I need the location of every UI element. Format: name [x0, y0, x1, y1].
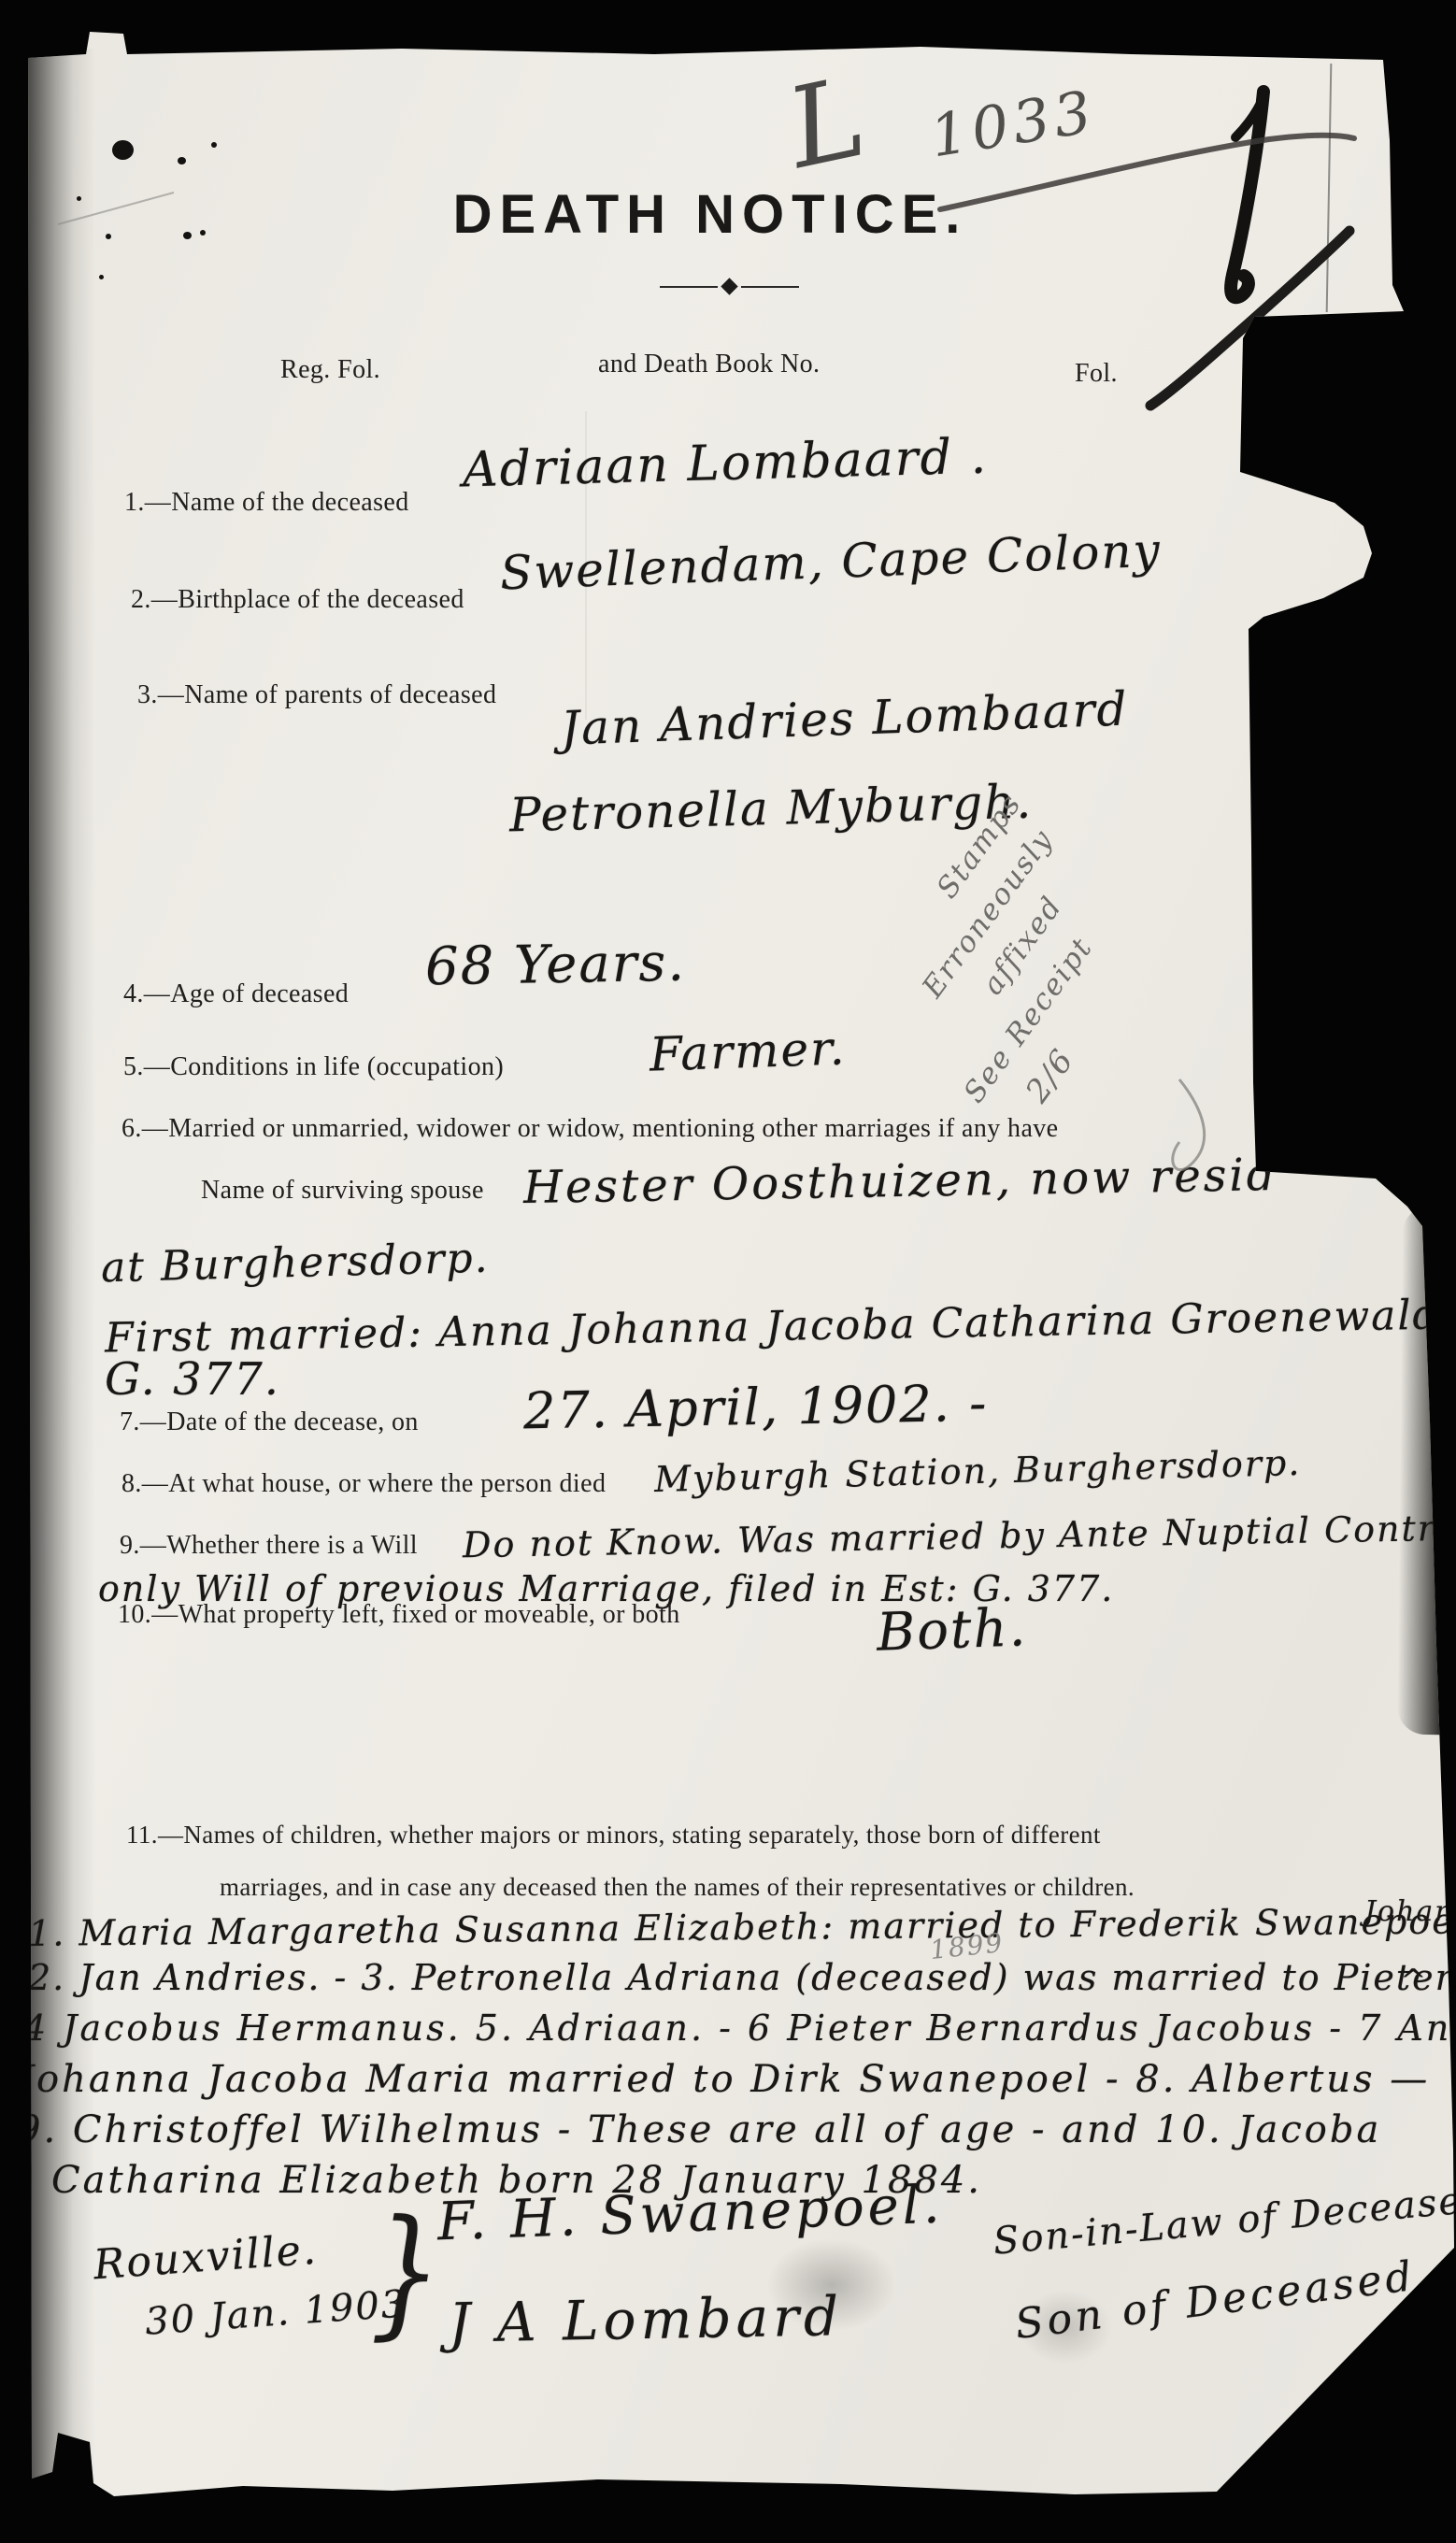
paper-sheet: L 1033 DEATH NOTICE. Reg. Fol. and Death… [0, 0, 1456, 2543]
ink-speck [178, 157, 186, 164]
scratch-mark [58, 193, 174, 224]
page-title: DEATH NOTICE. [402, 183, 1019, 246]
spouse-residence-line: at Burghersdorp. [100, 1235, 490, 1293]
children-line-3: 4 Jacobus Hermanus. 5. Adriaan. - 6 Piet… [23, 2007, 1456, 2049]
footer-brace: } [370, 2192, 443, 2354]
ink-speck [99, 275, 104, 279]
footer-date: 30 Jan. 1903 [144, 2282, 408, 2343]
curled-edge-shadow [1397, 1206, 1446, 1735]
field-death-place-value: Myburgh Station, Burghersdorp. [654, 1442, 1302, 1500]
divider-diamond-icon [721, 278, 737, 294]
divider-line [660, 286, 718, 288]
children-caret-mark: ^ [1400, 1963, 1429, 2000]
field-property-label: 10.—What property left, fixed or moveabl… [118, 1600, 680, 1630]
surviving-spouse-label: Name of surviving spouse [201, 1176, 484, 1206]
field-parents-label: 3.—Name of parents of deceased [137, 680, 496, 710]
field-birthplace-value: Swellendam, Cape Colony [499, 523, 1162, 601]
field-parents-value-2: Petronella Myburgh. [508, 775, 1034, 843]
fol-label: Fol. [1075, 359, 1118, 389]
role-son: Son of Deceased [1012, 2252, 1418, 2349]
ink-speck [200, 230, 206, 236]
title-divider [643, 280, 815, 293]
scanned-death-notice-page: L 1033 DEATH NOTICE. Reg. Fol. and Death… [0, 0, 1456, 2543]
field-children-label-2: marriages, and in case any deceased then… [220, 1873, 1135, 1902]
field-marriage-label: 6.—Married or unmarried, widower or wido… [121, 1114, 1059, 1144]
pencil-folio-letter: L [778, 51, 878, 193]
field-property-value: Both. [876, 1597, 1028, 1664]
divider-line [741, 286, 799, 288]
children-line-4: Johanna Jacoba Maria married to Dirk Swa… [19, 2058, 1430, 2101]
page-number-mark [1150, 92, 1349, 406]
field-age-label: 4.—Age of deceased [123, 979, 349, 1009]
pencil-folio-number: 1033 [925, 78, 1100, 171]
ink-speck [183, 232, 192, 239]
first-marriage-ref: G. 377. [105, 1353, 280, 1406]
children-insert-note: Johannes [1364, 1895, 1456, 1928]
field-birthplace-label: 2.—Birthplace of the deceased [131, 585, 464, 615]
children-line-1: 1. Maria Margaretha Susanna Elizabeth: m… [28, 1900, 1456, 1954]
first-marriage-line: First married: Anna Johanna Jacoba Catha… [105, 1292, 1441, 1363]
ink-speck [112, 140, 134, 160]
fold-crease-line [1326, 64, 1333, 312]
field-will-value: Do not Know. Was married by Ante Nuptial… [463, 1507, 1456, 1566]
field-death-date-label: 7.—Date of the decease, on [120, 1407, 419, 1437]
ink-speck [211, 142, 217, 148]
field-occupation-label: 5.—Conditions in life (occupation) [123, 1052, 504, 1082]
field-occupation-value: Farmer. [649, 1021, 847, 1081]
ink-speck [106, 234, 111, 239]
field-death-date-value: 27. April, 1902. - [522, 1374, 988, 1441]
signature-son: J A Lombard [448, 2284, 843, 2354]
field-will-label: 9.—Whether there is a Will [120, 1531, 418, 1561]
field-name-value: Adriaan Lombaard . [462, 429, 988, 499]
role-son-in-law: Son-in-Law of Deceased. [992, 2176, 1456, 2263]
death-book-no-label: and Death Book No. [598, 350, 820, 379]
children-line-2: 2. Jan Andries. - 3. Petronella Adriana … [28, 1957, 1456, 1998]
field-age-value: 68 Years. [424, 933, 686, 998]
field-name-label: 1.—Name of the deceased [124, 488, 409, 518]
field-death-place-label: 8.—At what house, or where the person di… [121, 1469, 606, 1499]
ink-speck [77, 196, 81, 201]
children-line-5: 9. Christoffel Wilhelmus - These are all… [17, 2108, 1381, 2151]
footer-place: Rouxville. [93, 2226, 320, 2290]
reg-fol-label: Reg. Fol. [280, 355, 380, 385]
field-children-label-1: 11.—Names of children, whether majors or… [126, 1821, 1101, 1850]
